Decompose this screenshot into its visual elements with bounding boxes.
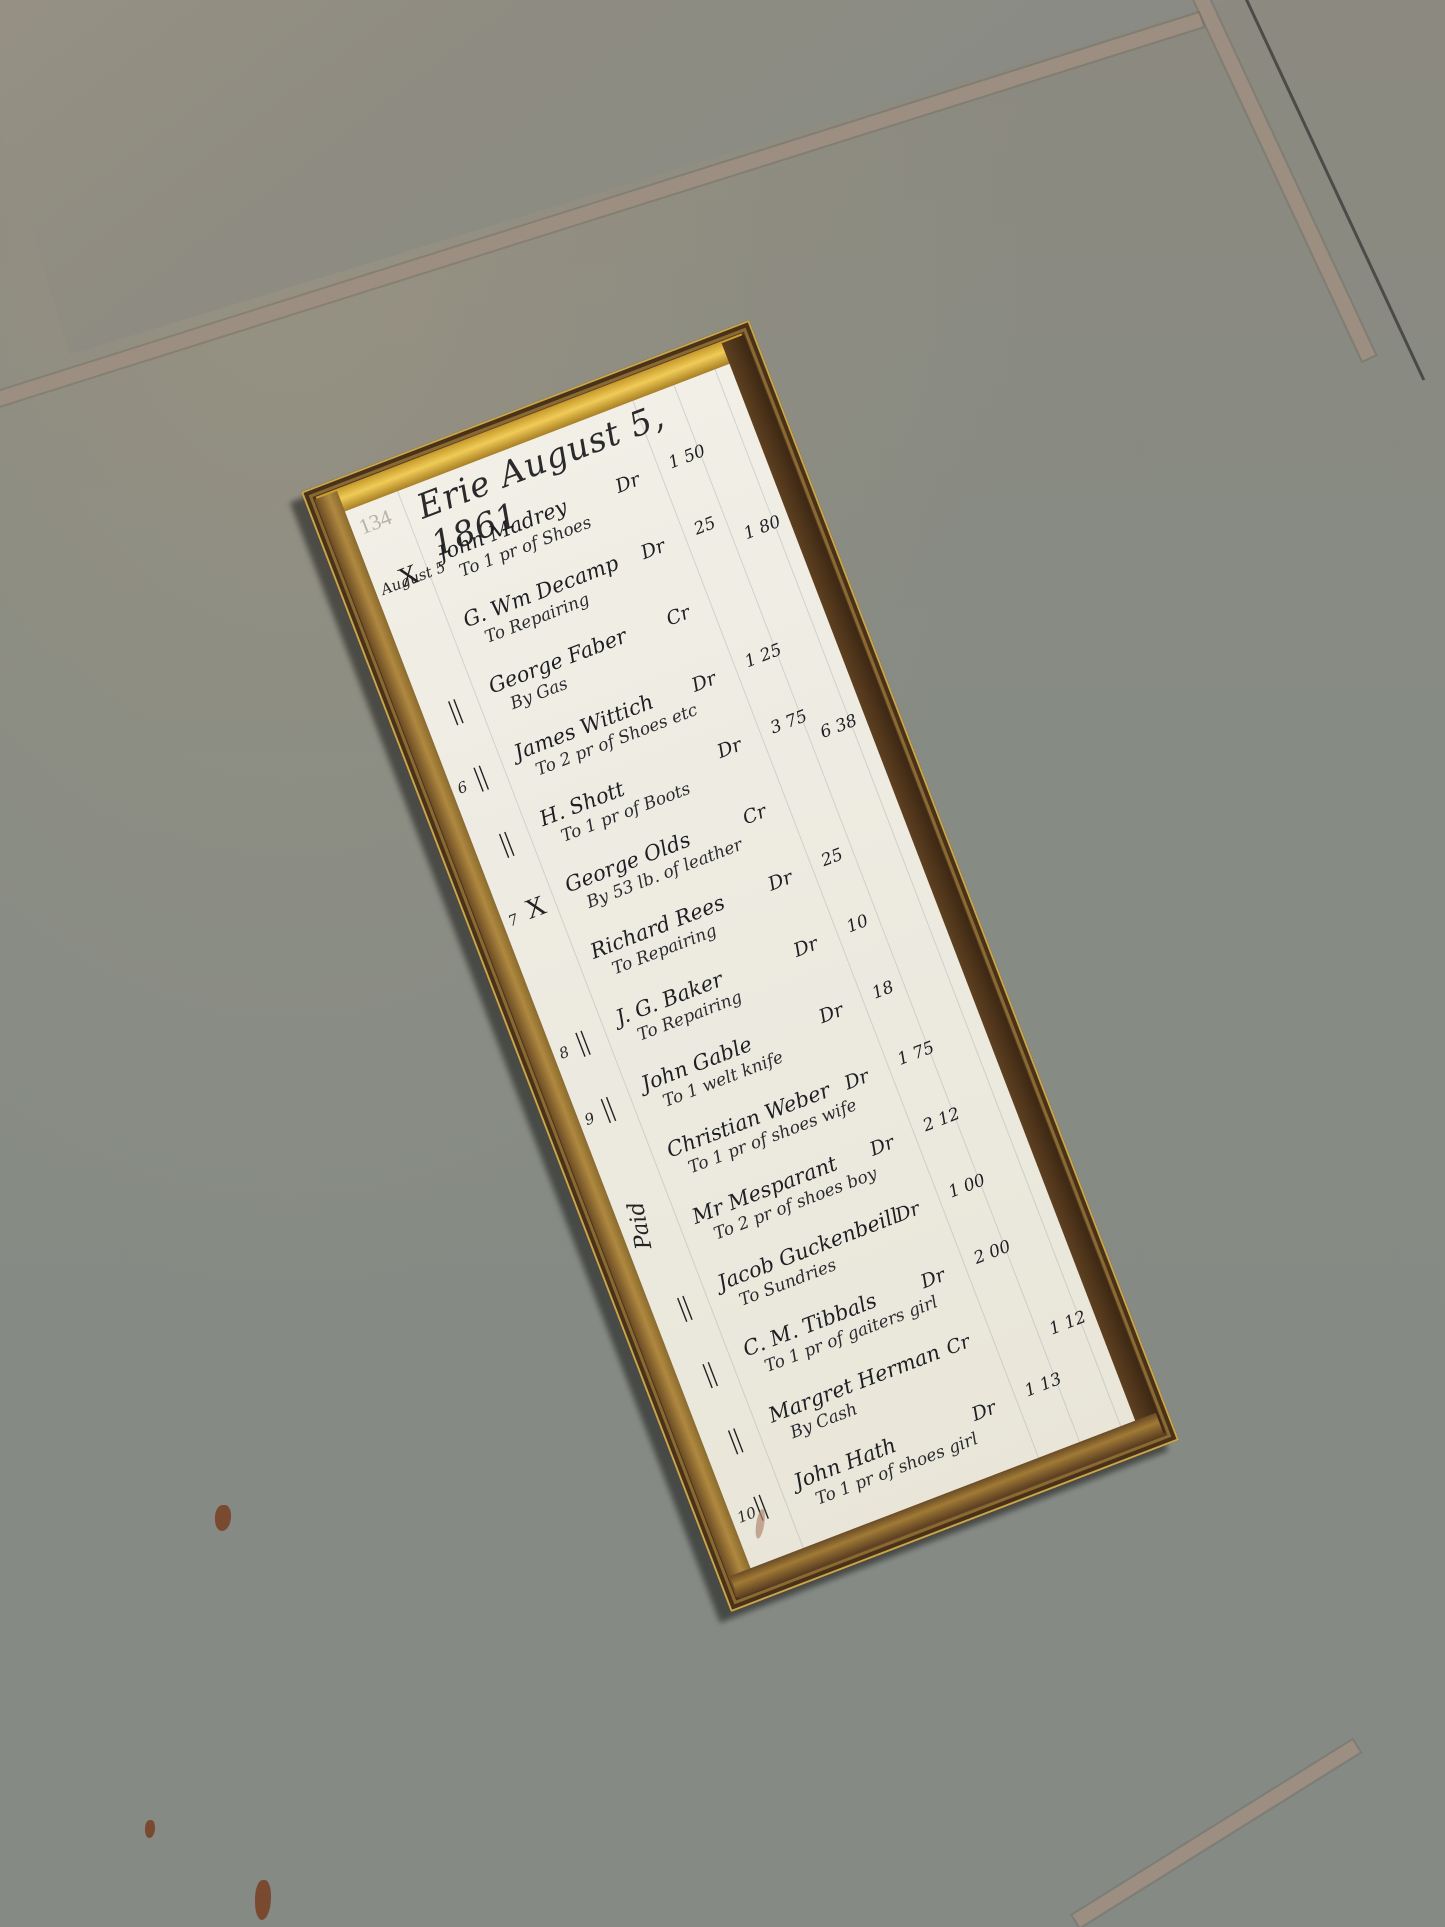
entry-debit-credit: Dr <box>790 933 821 962</box>
entry-check-mark: || <box>470 760 492 794</box>
entry-check-mark: || <box>673 1291 695 1325</box>
entry-debit-credit: Dr <box>612 469 643 498</box>
entry-amount: 1 75 <box>895 1038 938 1070</box>
entry-check-mark: || <box>572 1026 594 1060</box>
entry-debit-credit: Dr <box>714 734 745 763</box>
entry-amount: 1 13 <box>1022 1369 1065 1401</box>
entry-debit-credit: Dr <box>918 1264 949 1293</box>
entry-column-total: 1 12 <box>1046 1307 1089 1339</box>
entry-date: 6 <box>455 778 470 798</box>
entry-amount: 25 <box>691 513 718 539</box>
entry-check-mark: || <box>724 1423 746 1457</box>
entry-debit-credit: Dr <box>765 866 796 895</box>
entry-debit-credit: Dr <box>638 535 669 564</box>
entry-debit-credit: Dr <box>867 1131 898 1160</box>
page-number: 134 <box>355 504 395 540</box>
entry-amount: 1 25 <box>742 640 785 672</box>
entry-check-mark: || <box>699 1357 721 1391</box>
entry-debit-credit: Dr <box>969 1397 1000 1426</box>
entry-debit-credit: Dr <box>816 999 847 1028</box>
entry-column-total: 6 38 <box>817 711 860 743</box>
entry-check-mark: || <box>495 827 517 861</box>
entry-check-mark: X <box>521 890 551 927</box>
entry-check-mark: || <box>597 1092 619 1126</box>
entry-date: 8 <box>557 1043 572 1063</box>
entry-debit-credit: Dr <box>689 667 720 696</box>
entry-amount: 2 00 <box>971 1236 1014 1268</box>
entry-column-total: 1 80 <box>741 512 784 544</box>
entry-check-mark: || <box>444 694 466 728</box>
entry-amount: 2 12 <box>920 1104 963 1136</box>
entry-amount: 25 <box>818 845 845 871</box>
entry-amount: 3 75 <box>768 706 811 738</box>
entry-date: 7 <box>506 910 521 930</box>
entry-debit-credit: Cr <box>740 800 770 829</box>
entry-date: 9 <box>582 1109 597 1129</box>
entry-amount: 18 <box>869 977 896 1003</box>
entry-debit-credit: Cr <box>943 1331 973 1360</box>
entry-debit-credit: Dr <box>841 1065 872 1094</box>
entry-amount: 10 <box>844 911 871 937</box>
entry-debit-credit: Cr <box>663 601 693 630</box>
entry-amount: 1 00 <box>946 1170 989 1202</box>
